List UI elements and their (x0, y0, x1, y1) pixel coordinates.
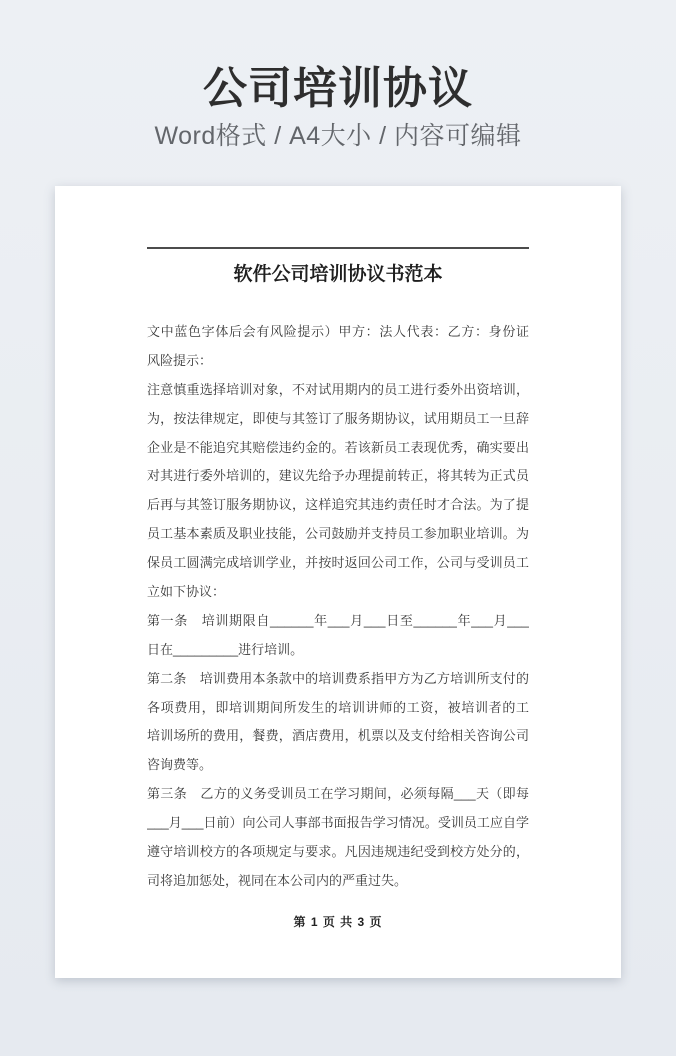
document-line: 保员工圆满完成培训学业，并按时返回公司工作，公司与受训员工订 (147, 549, 529, 578)
document-line: 后再与其签订服务期协议，这样追究其违约责任时才合法。为了提高 (147, 491, 529, 520)
document-page: 软件公司培训协议书范本 文中蓝色字体后会有风险提示）甲方：法人代表：乙方：身份证… (55, 186, 621, 978)
document-line: 立如下协议： (147, 578, 529, 607)
document-line: 第二条 培训费用本条款中的培训费系指甲方为乙方培训所支付的 (147, 665, 529, 694)
title-divider-line (147, 247, 529, 249)
document-line: 培训场所的费用，餐费，酒店费用，机票以及支付给相关咨询公司的 (147, 722, 529, 751)
document-line: 对其进行委外培训的，建议先给予办理提前转正，将其转为正式员工 (147, 462, 529, 491)
document-line: ___月___日前）向公司人事部书面报告学习情况。受训员工应自学 (147, 809, 529, 838)
page-subtitle: Word格式 / A4大小 / 内容可编辑 (0, 122, 676, 150)
document-body: 文中蓝色字体后会有风险提示）甲方：法人代表：乙方：身份证号：风险提示：注意慎重选… (147, 318, 529, 896)
document-title: 软件公司培训协议书范本 (55, 264, 621, 286)
document-line: 各项费用，即培训期间所发生的培训讲师的工资，被培训者的工资， (147, 694, 529, 723)
document-line: 日在_________进行培训。 (147, 636, 529, 665)
page-background: 公司培训协议 Word格式 / A4大小 / 内容可编辑 软件公司培训协议书范本… (0, 0, 676, 1056)
document-line: 员工基本素质及职业技能，公司鼓励并支持员工参加职业培训。为确 (147, 520, 529, 549)
document-line: 企业是不能追究其赔偿违约金的。若该新员工表现优秀，确实要出资 (147, 434, 529, 463)
page-title: 公司培训协议 (0, 64, 676, 114)
document-line: 第三条 乙方的义务受训员工在学习期间，必须每隔___天（即每年 (147, 780, 529, 809)
document-line: 文中蓝色字体后会有风险提示）甲方：法人代表：乙方：身份证号： (147, 318, 529, 347)
document-line: 为，按法律规定，即使与其签订了服务期协议，试用期员工一旦辞职， (147, 405, 529, 434)
document-line: 咨询费等。 (147, 751, 529, 780)
document-line: 风险提示： (147, 347, 529, 376)
page-number: 第 1 页 共 3 页 (55, 915, 621, 929)
document-line: 遵守培训校方的各项规定与要求。凡因违规违纪受到校方处分的，公 (147, 838, 529, 867)
document-line: 司将追加惩处，视同在本公司内的严重过失。 (147, 867, 529, 896)
document-line: 注意慎重选择培训对象，不对试用期内的员工进行委外出资培训，因 (147, 376, 529, 405)
document-line: 第一条 培训期限自______年___月___日至______年___月___ (147, 607, 529, 636)
